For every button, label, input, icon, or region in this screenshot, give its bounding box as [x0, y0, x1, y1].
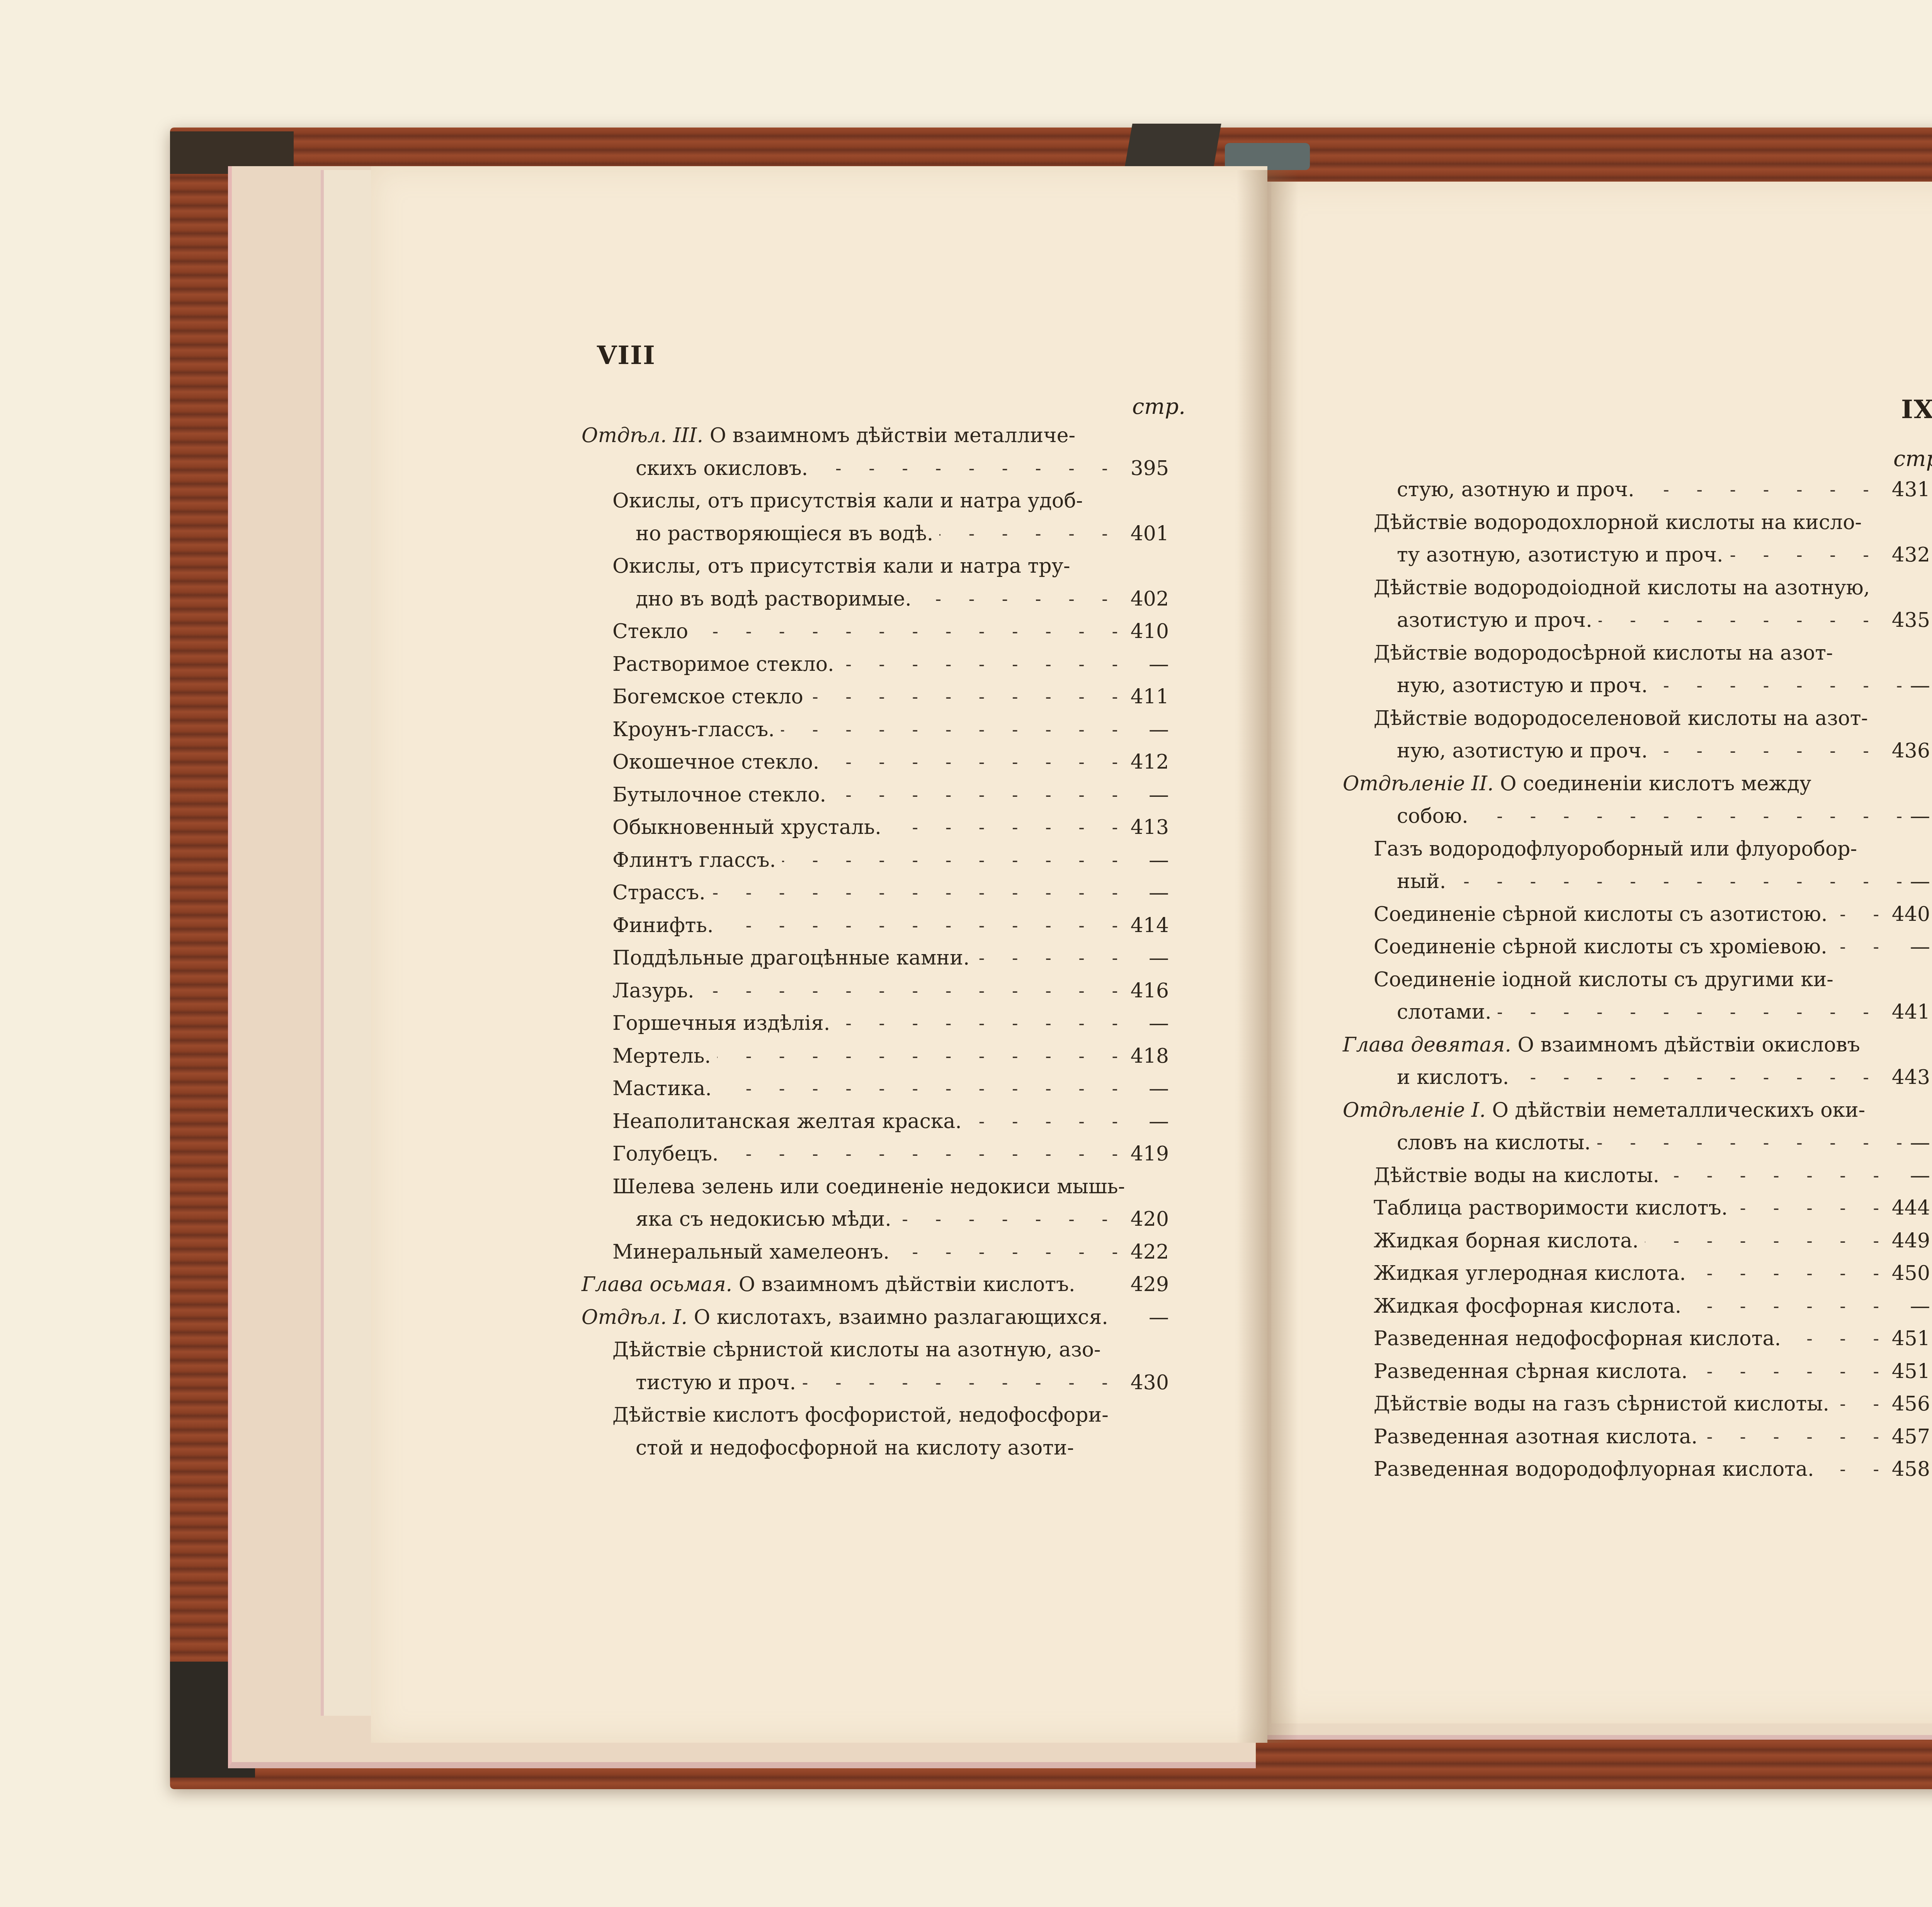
page-reference: 457 — [1887, 1420, 1930, 1453]
toc-entry-title: Соединеніе іодной кислоты съ другими ки- — [1374, 963, 1840, 996]
toc-entry: - - - - - - - - - - - - - - - - - - - - … — [1343, 604, 1930, 637]
toc-entry-title: собою. — [1397, 800, 1475, 833]
entry-text: О взаимномъ дѣйствіи металличе- — [710, 424, 1075, 447]
toc-entry-title: Окошечное стекло. — [612, 746, 825, 779]
toc-entry-title: Разведенная недофосфорная кислота. — [1374, 1322, 1787, 1355]
dot-leader: - - - - - - - - - - - - - - - - - - - - … — [1397, 800, 1930, 833]
page-reference: — — [1905, 669, 1930, 702]
toc-entry-title: Богемское стекло — [612, 680, 810, 713]
entry-text: Дѣйствіе водородохлорной кислоты на кисл… — [1374, 511, 1862, 534]
entry-text: ную, азотистую и проч. — [1397, 739, 1648, 762]
page-reference: — — [1144, 1007, 1169, 1040]
toc-entry: стой и недофосфорной на кислоту азоти- — [582, 1432, 1169, 1465]
entry-text: Финифть. — [612, 914, 713, 937]
toc-entry-title: Жидкая углеродная кислота. — [1374, 1257, 1692, 1290]
toc-entry-title: Страссъ. — [612, 876, 712, 909]
page-reference: 429 — [1126, 1268, 1169, 1301]
toc-entry-title: Отдѣл. I. О кислотахъ, взаимно разлагающ… — [582, 1301, 1114, 1334]
toc-entry: - - - - - - - - - - - - - - - - - - - - … — [1343, 898, 1930, 931]
page-reference: — — [1905, 931, 1930, 963]
toc-entry: Дѣйствіе кислотъ фосфористой, недофосфор… — [582, 1399, 1169, 1432]
toc-entry: - - - - - - - - - - - - - - - - - - - - … — [1343, 539, 1930, 572]
toc-entry: - - - - - - - - - - - - - - - - - - - - … — [582, 1203, 1169, 1236]
toc-entry: - - - - - - - - - - - - - - - - - - - - … — [1343, 1159, 1930, 1192]
toc-entry-title: Дѣйствіе кислотъ фосфористой, недофосфор… — [612, 1399, 1115, 1432]
entry-text: тистую и проч. — [636, 1371, 796, 1394]
page-reference: 416 — [1126, 975, 1169, 1007]
toc-entry: Окислы, отъ присутствія кали и натра тру… — [582, 550, 1169, 583]
toc-entry: - - - - - - - - - - - - - - - - - - - - … — [1343, 996, 1930, 1029]
toc-entry: - - - - - - - - - - - - - - - - - - - - … — [582, 975, 1169, 1007]
toc-entry: - - - - - - - - - - - - - - - - - - - - … — [1343, 473, 1930, 506]
entry-text: Дѣйствіе воды на кислоты. — [1374, 1164, 1659, 1187]
entry-text: Соединеніе сѣрной кислоты съ азотистою. — [1374, 903, 1828, 926]
toc-entry-title: Флинтъ глассъ. — [612, 844, 782, 877]
toc-entry-title: Разведенная азотная кислота. — [1374, 1420, 1704, 1453]
dot-leader: - - - - - - - - - - - - - - - - - - - - … — [612, 615, 1169, 648]
toc-entry-title: и кислотъ. — [1397, 1061, 1515, 1094]
page-reference: 411 — [1126, 680, 1169, 713]
entry-text: Разведенная сѣрная кислота. — [1374, 1360, 1688, 1383]
toc-entry: Окислы, отъ присутствія кали и натра удо… — [582, 485, 1169, 517]
toc-entry-title: Стекло — [612, 615, 694, 648]
entry-text: яка съ недокисью мѣди. — [636, 1208, 891, 1231]
toc-entry-title: Лазурь. — [612, 975, 700, 1007]
entry-text: дно въ водѣ растворимые. — [636, 587, 912, 611]
page-reference: — — [1144, 942, 1169, 975]
toc-entry-title: азотистую и проч. — [1397, 604, 1599, 637]
toc-entry: - - - - - - - - - - - - - - - - - - - - … — [582, 452, 1169, 485]
page-reference: 412 — [1126, 746, 1169, 779]
toc-entry: - - - - - - - - - - - - - - - - - - - - … — [582, 811, 1169, 844]
toc-entry-title: Обыкновенный хрусталь. — [612, 811, 888, 844]
page-reference: — — [1144, 1072, 1169, 1105]
entry-text: Кроунъ-глассъ. — [612, 718, 775, 741]
page-reference: — — [1905, 1290, 1930, 1323]
entry-text: О дѣйствіи неметаллическихъ оки- — [1492, 1099, 1865, 1122]
page-reference: 440 — [1887, 898, 1930, 931]
entry-text: Окислы, отъ присутствія кали и натра удо… — [612, 489, 1083, 512]
entry-text: Соединеніе іодной кислоты съ другими ки- — [1374, 968, 1833, 991]
entry-text: Стекло — [612, 620, 688, 643]
toc-entry: - - - - - - - - - - - - - - - - - - - - … — [582, 615, 1169, 648]
entry-text: Дѣйствіе кислотъ фосфористой, недофосфор… — [612, 1403, 1109, 1427]
toc-entry-title: Отдѣленіе I. О дѣйствіи неметаллическихъ… — [1343, 1094, 1871, 1127]
toc-entry: - - - - - - - - - - - - - - - - - - - - … — [1343, 931, 1930, 963]
toc-entry: Дѣйствіе водородоселеновой кислоты на аз… — [1343, 702, 1930, 735]
toc-entry: - - - - - - - - - - - - - - - - - - - - … — [582, 1268, 1169, 1301]
toc-entry: - - - - - - - - - - - - - - - - - - - - … — [1343, 1420, 1930, 1453]
toc-entry: - - - - - - - - - - - - - - - - - - - - … — [582, 1366, 1169, 1399]
toc-entry: Отдѣленіе II. О соединеніи кислотъ между — [1343, 767, 1930, 800]
toc-entry: - - - - - - - - - - - - - - - - - - - - … — [582, 876, 1169, 909]
right-toc-list: - - - - - - - - - - - - - - - - - - - - … — [1343, 473, 1930, 1486]
entry-text: Газъ водородофлуороборный или флуоробор- — [1374, 837, 1857, 861]
entry-text: Шелева зелень или соединеніе недокиси мы… — [612, 1175, 1125, 1198]
toc-entry-title: Бутылочное стекло. — [612, 779, 832, 811]
page-reference: 395 — [1126, 452, 1169, 485]
toc-entry: - - - - - - - - - - - - - - - - - - - - … — [582, 1301, 1169, 1334]
page-reference: — — [1144, 876, 1169, 909]
entry-text: Разведенная азотная кислота. — [1374, 1425, 1697, 1448]
toc-entry-title: Поддѣльные драгоцѣнные камни. — [612, 942, 976, 975]
toc-entry: Дѣйствіе водородоіодной кислоты на азотн… — [1343, 572, 1930, 604]
toc-entry-title: Жидкая фосфорная кислота. — [1374, 1290, 1687, 1323]
toc-entry-title: Отдѣленіе II. О соединеніи кислотъ между — [1343, 767, 1818, 800]
entry-text: Растворимое стекло. — [612, 653, 834, 676]
entry-text: Мастика. — [612, 1077, 712, 1100]
entry-text: Соединеніе сѣрной кислоты съ хроміевою. — [1374, 935, 1827, 958]
entry-text: стую, азотную и проч. — [1397, 478, 1634, 501]
toc-entry-title: стой и недофосфорной на кислоту азоти- — [636, 1432, 1080, 1465]
entry-text: Богемское стекло — [612, 685, 803, 708]
page-reference: 450 — [1887, 1257, 1930, 1290]
entry-text: Дѣйствіе сѣрнистой кислоты на азотную, а… — [612, 1338, 1101, 1361]
entry-text: собою. — [1397, 805, 1468, 828]
entry-text: Дѣйствіе водородоіодной кислоты на азотн… — [1374, 576, 1870, 599]
page-reference: 431 — [1887, 473, 1930, 506]
toc-entry: - - - - - - - - - - - - - - - - - - - - … — [582, 1236, 1169, 1269]
section-label: Глава девятая. — [1343, 1033, 1518, 1056]
toc-entry-title: Растворимое стекло. — [612, 648, 840, 681]
toc-entry: - - - - - - - - - - - - - - - - - - - - … — [1343, 1225, 1930, 1257]
entry-text: О кислотахъ, взаимно разлагающихся. — [694, 1306, 1108, 1329]
entry-text: ту азотную, азотистую и проч. — [1397, 543, 1723, 566]
toc-entry: - - - - - - - - - - - - - - - - - - - - … — [1343, 865, 1930, 898]
page-reference: 401 — [1126, 517, 1169, 550]
toc-entry: Дѣйствіе водородохлорной кислоты на кисл… — [1343, 506, 1930, 539]
toc-entry-title: Минеральный хамелеонъ. — [612, 1236, 896, 1269]
toc-entry: Отдѣленіе I. О дѣйствіи неметаллическихъ… — [1343, 1094, 1930, 1127]
page-reference: — — [1144, 779, 1169, 811]
page-reference: 422 — [1126, 1236, 1169, 1269]
page-reference: 456 — [1887, 1388, 1930, 1420]
entry-text: Таблица растворимости кислотъ. — [1374, 1196, 1728, 1220]
entry-text: Флинтъ глассъ. — [612, 849, 776, 872]
section-label: Отдѣл. III. — [582, 424, 710, 447]
toc-entry-title: Дѣйствіе воды на кислоты. — [1374, 1159, 1665, 1192]
entry-text: слотами. — [1397, 1000, 1492, 1024]
toc-entry: - - - - - - - - - - - - - - - - - - - - … — [582, 680, 1169, 713]
toc-entry-title: словъ на кислоты. — [1397, 1126, 1597, 1159]
toc-entry-title: Дѣйствіе водородосѣрной кислоты на азот- — [1374, 637, 1839, 670]
toc-entry: - - - - - - - - - - - - - - - - - - - - … — [582, 909, 1169, 942]
toc-entry: - - - - - - - - - - - - - - - - - - - - … — [582, 1138, 1169, 1170]
toc-entry: - - - - - - - - - - - - - - - - - - - - … — [582, 1040, 1169, 1073]
toc-entry-title: Горшечныя издѣлія. — [612, 1007, 836, 1040]
toc-entry-title: Мертель. — [612, 1040, 717, 1073]
toc-entry-title: слотами. — [1397, 996, 1498, 1029]
toc-entry: - - - - - - - - - - - - - - - - - - - - … — [582, 1007, 1169, 1040]
right-page-number: IX — [1901, 394, 1932, 424]
toc-entry: - - - - - - - - - - - - - - - - - - - - … — [1343, 1322, 1930, 1355]
toc-entry-title: Глава девятая. О взаимномъ дѣйствіи окис… — [1343, 1029, 1866, 1062]
toc-entry: - - - - - - - - - - - - - - - - - - - - … — [1343, 1453, 1930, 1486]
entry-text: Разведенная недофосфорная кислота. — [1374, 1327, 1781, 1350]
toc-entry-title: но растворяющіеся въ водѣ. — [636, 517, 939, 550]
toc-entry-title: Голубецъ. — [612, 1138, 725, 1170]
entry-text: Неаполитанская желтая краска. — [612, 1110, 962, 1133]
left-column-header: стр. — [1132, 394, 1185, 419]
toc-entry-title: Разведенная водородофлуорная кислота. — [1374, 1453, 1820, 1486]
toc-entry: Шелева зелень или соединеніе недокиси мы… — [582, 1170, 1169, 1203]
toc-entry-title: Окислы, отъ присутствія кали и натра удо… — [612, 485, 1089, 517]
toc-entry-title: тистую и проч. — [636, 1366, 802, 1399]
toc-entry: Соединеніе іодной кислоты съ другими ки- — [1343, 963, 1930, 996]
toc-entry: - - - - - - - - - - - - - - - - - - - - … — [582, 1072, 1169, 1105]
toc-entry-title: Дѣйствіе водородоселеновой кислоты на аз… — [1374, 702, 1874, 735]
left-toc-list: Отдѣл. III. О взаимномъ дѣйствіи металли… — [582, 419, 1169, 1464]
page-reference: 435 — [1887, 604, 1930, 637]
entry-text: Поддѣльные драгоцѣнные камни. — [612, 946, 969, 970]
page-reference: 432 — [1887, 539, 1930, 572]
toc-entry: - - - - - - - - - - - - - - - - - - - - … — [1343, 1388, 1930, 1420]
toc-entry-title: ный. — [1397, 865, 1452, 898]
section-label: Глава осьмая. — [582, 1273, 739, 1296]
toc-entry: Дѣйствіе сѣрнистой кислоты на азотную, а… — [582, 1334, 1169, 1366]
toc-entry: - - - - - - - - - - - - - - - - - - - - … — [582, 583, 1169, 616]
book-photo: VIII стр. Отдѣл. III. О взаимномъ дѣйств… — [0, 0, 1932, 1907]
entry-text: Окошечное стекло. — [612, 750, 819, 774]
toc-entry-title: Глава осьмая. О взаимномъ дѣйствіи кисло… — [582, 1268, 1082, 1301]
page-reference: 458 — [1887, 1453, 1930, 1486]
toc-entry: - - - - - - - - - - - - - - - - - - - - … — [1343, 1061, 1930, 1094]
toc-entry: - - - - - - - - - - - - - - - - - - - - … — [1343, 800, 1930, 833]
toc-entry: - - - - - - - - - - - - - - - - - - - - … — [582, 746, 1169, 779]
toc-entry: - - - - - - - - - - - - - - - - - - - - … — [1343, 1126, 1930, 1159]
toc-entry: - - - - - - - - - - - - - - - - - - - - … — [582, 1105, 1169, 1138]
toc-entry-title: Неаполитанская желтая краска. — [612, 1105, 968, 1138]
toc-entry: - - - - - - - - - - - - - - - - - - - - … — [1343, 1257, 1930, 1290]
toc-entry: Дѣйствіе водородосѣрной кислоты на азот- — [1343, 637, 1930, 670]
entry-text: Дѣйствіе воды на газъ сѣрнистой кислоты. — [1374, 1392, 1829, 1415]
section-label: Отдѣленіе II. — [1343, 772, 1500, 795]
toc-entry-title: ную, азотистую и проч. — [1397, 669, 1654, 702]
toc-entry: - - - - - - - - - - - - - - - - - - - - … — [1343, 1192, 1930, 1225]
entry-text: О взаимномъ дѣйствіи кислотъ. — [739, 1273, 1075, 1296]
dot-leader: - - - - - - - - - - - - - - - - - - - - … — [1397, 865, 1930, 898]
entry-text: скихъ окисловъ. — [636, 457, 808, 480]
toc-entry-title: Дѣйствіе сѣрнистой кислоты на азотную, а… — [612, 1334, 1107, 1366]
entry-text: Голубецъ. — [612, 1142, 719, 1165]
toc-entry-title: яка съ недокисью мѣди. — [636, 1203, 898, 1236]
page-reference: — — [1144, 713, 1169, 746]
page-reference: — — [1905, 1159, 1930, 1192]
toc-entry: Глава девятая. О взаимномъ дѣйствіи окис… — [1343, 1029, 1930, 1062]
entry-text: Разведенная водородофлуорная кислота. — [1374, 1458, 1814, 1481]
toc-entry-title: Таблица растворимости кислотъ. — [1374, 1192, 1734, 1225]
toc-entry-title: Дѣйствіе водородоіодной кислоты на азотн… — [1374, 572, 1876, 604]
toc-entry-title: Финифть. — [612, 909, 719, 942]
page-reference: 402 — [1126, 583, 1169, 616]
toc-entry-title: Газъ водородофлуороборный или флуоробор- — [1374, 833, 1863, 866]
page-reference: 444 — [1887, 1192, 1930, 1225]
entry-text: Окислы, отъ присутствія кали и натра тру… — [612, 555, 1070, 578]
left-page-number: VIII — [597, 340, 656, 370]
entry-text: Жидкая фосфорная кислота. — [1374, 1295, 1681, 1318]
entry-text: ную, азотистую и проч. — [1397, 674, 1648, 697]
entry-text: стой и недофосфорной на кислоту азоти- — [636, 1436, 1074, 1460]
page-reference: 436 — [1887, 735, 1930, 767]
entry-text: Лазурь. — [612, 979, 694, 1002]
page-reference: 414 — [1126, 909, 1169, 942]
toc-entry: - - - - - - - - - - - - - - - - - - - - … — [582, 942, 1169, 975]
toc-entry-title: Отдѣл. III. О взаимномъ дѣйствіи металли… — [582, 419, 1082, 452]
page-reference: 410 — [1126, 615, 1169, 648]
toc-entry: - - - - - - - - - - - - - - - - - - - - … — [1343, 735, 1930, 767]
section-label: Отдѣленіе I. — [1343, 1099, 1492, 1122]
entry-text: Горшечныя издѣлія. — [612, 1012, 830, 1035]
entry-text: Жидкая борная кислота. — [1374, 1229, 1639, 1252]
toc-entry-title: Соединеніе сѣрной кислоты съ хроміевою. — [1374, 931, 1833, 963]
page-reference: — — [1144, 648, 1169, 681]
toc-entry: - - - - - - - - - - - - - - - - - - - - … — [582, 648, 1169, 681]
toc-entry: Отдѣл. III. О взаимномъ дѣйствіи металли… — [582, 419, 1169, 452]
entry-text: и кислотъ. — [1397, 1066, 1509, 1089]
page-reference: 451 — [1887, 1355, 1930, 1388]
entry-text: О соединеніи кислотъ между — [1500, 772, 1811, 795]
toc-entry: - - - - - - - - - - - - - - - - - - - - … — [1343, 1355, 1930, 1388]
page-reference: 430 — [1126, 1366, 1169, 1399]
page-reference: 443 — [1887, 1061, 1930, 1094]
entry-text: Обыкновенный хрусталь. — [612, 816, 881, 839]
page-reference: — — [1144, 1301, 1169, 1334]
entry-text: Бутылочное стекло. — [612, 783, 826, 806]
toc-entry-title: Шелева зелень или соединеніе недокиси мы… — [612, 1170, 1131, 1203]
book-gutter — [1236, 170, 1298, 1743]
toc-entry-title: Дѣйствіе водородохлорной кислоты на кисл… — [1374, 506, 1868, 539]
page-reference: 420 — [1126, 1203, 1169, 1236]
page-reference: — — [1905, 1126, 1930, 1159]
entry-text: Минеральный хамелеонъ. — [612, 1240, 889, 1264]
page-reference: 441 — [1887, 996, 1930, 1029]
toc-entry-title: Окислы, отъ присутствія кали и натра тру… — [612, 550, 1077, 583]
toc-entry-title: ту азотную, азотистую и проч. — [1397, 539, 1730, 572]
page-reference: — — [1905, 800, 1930, 833]
page-reference: 449 — [1887, 1225, 1930, 1257]
entry-text: Дѣйствіе водородоселеновой кислоты на аз… — [1374, 707, 1868, 730]
toc-entry: Газъ водородофлуороборный или флуоробор- — [1343, 833, 1930, 866]
toc-entry-title: Соединеніе сѣрной кислоты съ азотистою. — [1374, 898, 1834, 931]
toc-entry: - - - - - - - - - - - - - - - - - - - - … — [1343, 669, 1930, 702]
cover-spine-cap — [1124, 124, 1221, 170]
toc-entry-title: скихъ окисловъ. — [636, 452, 814, 485]
page-reference: 419 — [1126, 1138, 1169, 1170]
entry-text: О взаимномъ дѣйствіи окисловъ — [1518, 1033, 1860, 1056]
entry-text: Жидкая углеродная кислота. — [1374, 1262, 1686, 1285]
page-reference: — — [1144, 1105, 1169, 1138]
entry-text: словъ на кислоты. — [1397, 1131, 1591, 1154]
toc-entry: - - - - - - - - - - - - - - - - - - - - … — [582, 517, 1169, 550]
toc-entry: - - - - - - - - - - - - - - - - - - - - … — [582, 713, 1169, 746]
right-column-header: стр. — [1893, 446, 1932, 471]
toc-entry-title: Разведенная сѣрная кислота. — [1374, 1355, 1694, 1388]
toc-entry-title: Жидкая борная кислота. — [1374, 1225, 1645, 1257]
entry-text: но растворяющіеся въ водѣ. — [636, 522, 933, 545]
entry-text: ный. — [1397, 870, 1446, 893]
page-reference: — — [1144, 844, 1169, 877]
toc-entry-title: стую, азотную и проч. — [1397, 473, 1641, 506]
toc-entry: - - - - - - - - - - - - - - - - - - - - … — [582, 844, 1169, 877]
entry-text: Страссъ. — [612, 881, 706, 904]
toc-entry-title: Кроунъ-глассъ. — [612, 713, 781, 746]
page-reference: 418 — [1126, 1040, 1169, 1073]
page-reference: 451 — [1887, 1322, 1930, 1355]
toc-entry: - - - - - - - - - - - - - - - - - - - - … — [1343, 1290, 1930, 1323]
toc-entry-title: дно въ водѣ растворимые. — [636, 583, 918, 616]
toc-entry: - - - - - - - - - - - - - - - - - - - - … — [582, 779, 1169, 811]
section-label: Отдѣл. I. — [582, 1306, 694, 1329]
toc-entry-title: Дѣйствіе воды на газъ сѣрнистой кислоты. — [1374, 1388, 1835, 1420]
toc-entry-title: Мастика. — [612, 1072, 718, 1105]
entry-text: Дѣйствіе водородосѣрной кислоты на азот- — [1374, 641, 1833, 665]
entry-text: азотистую и проч. — [1397, 609, 1592, 632]
entry-text: Мертель. — [612, 1045, 711, 1068]
page-reference: 413 — [1126, 811, 1169, 844]
page-reference: — — [1905, 865, 1930, 898]
toc-entry-title: ную, азотистую и проч. — [1397, 735, 1654, 767]
